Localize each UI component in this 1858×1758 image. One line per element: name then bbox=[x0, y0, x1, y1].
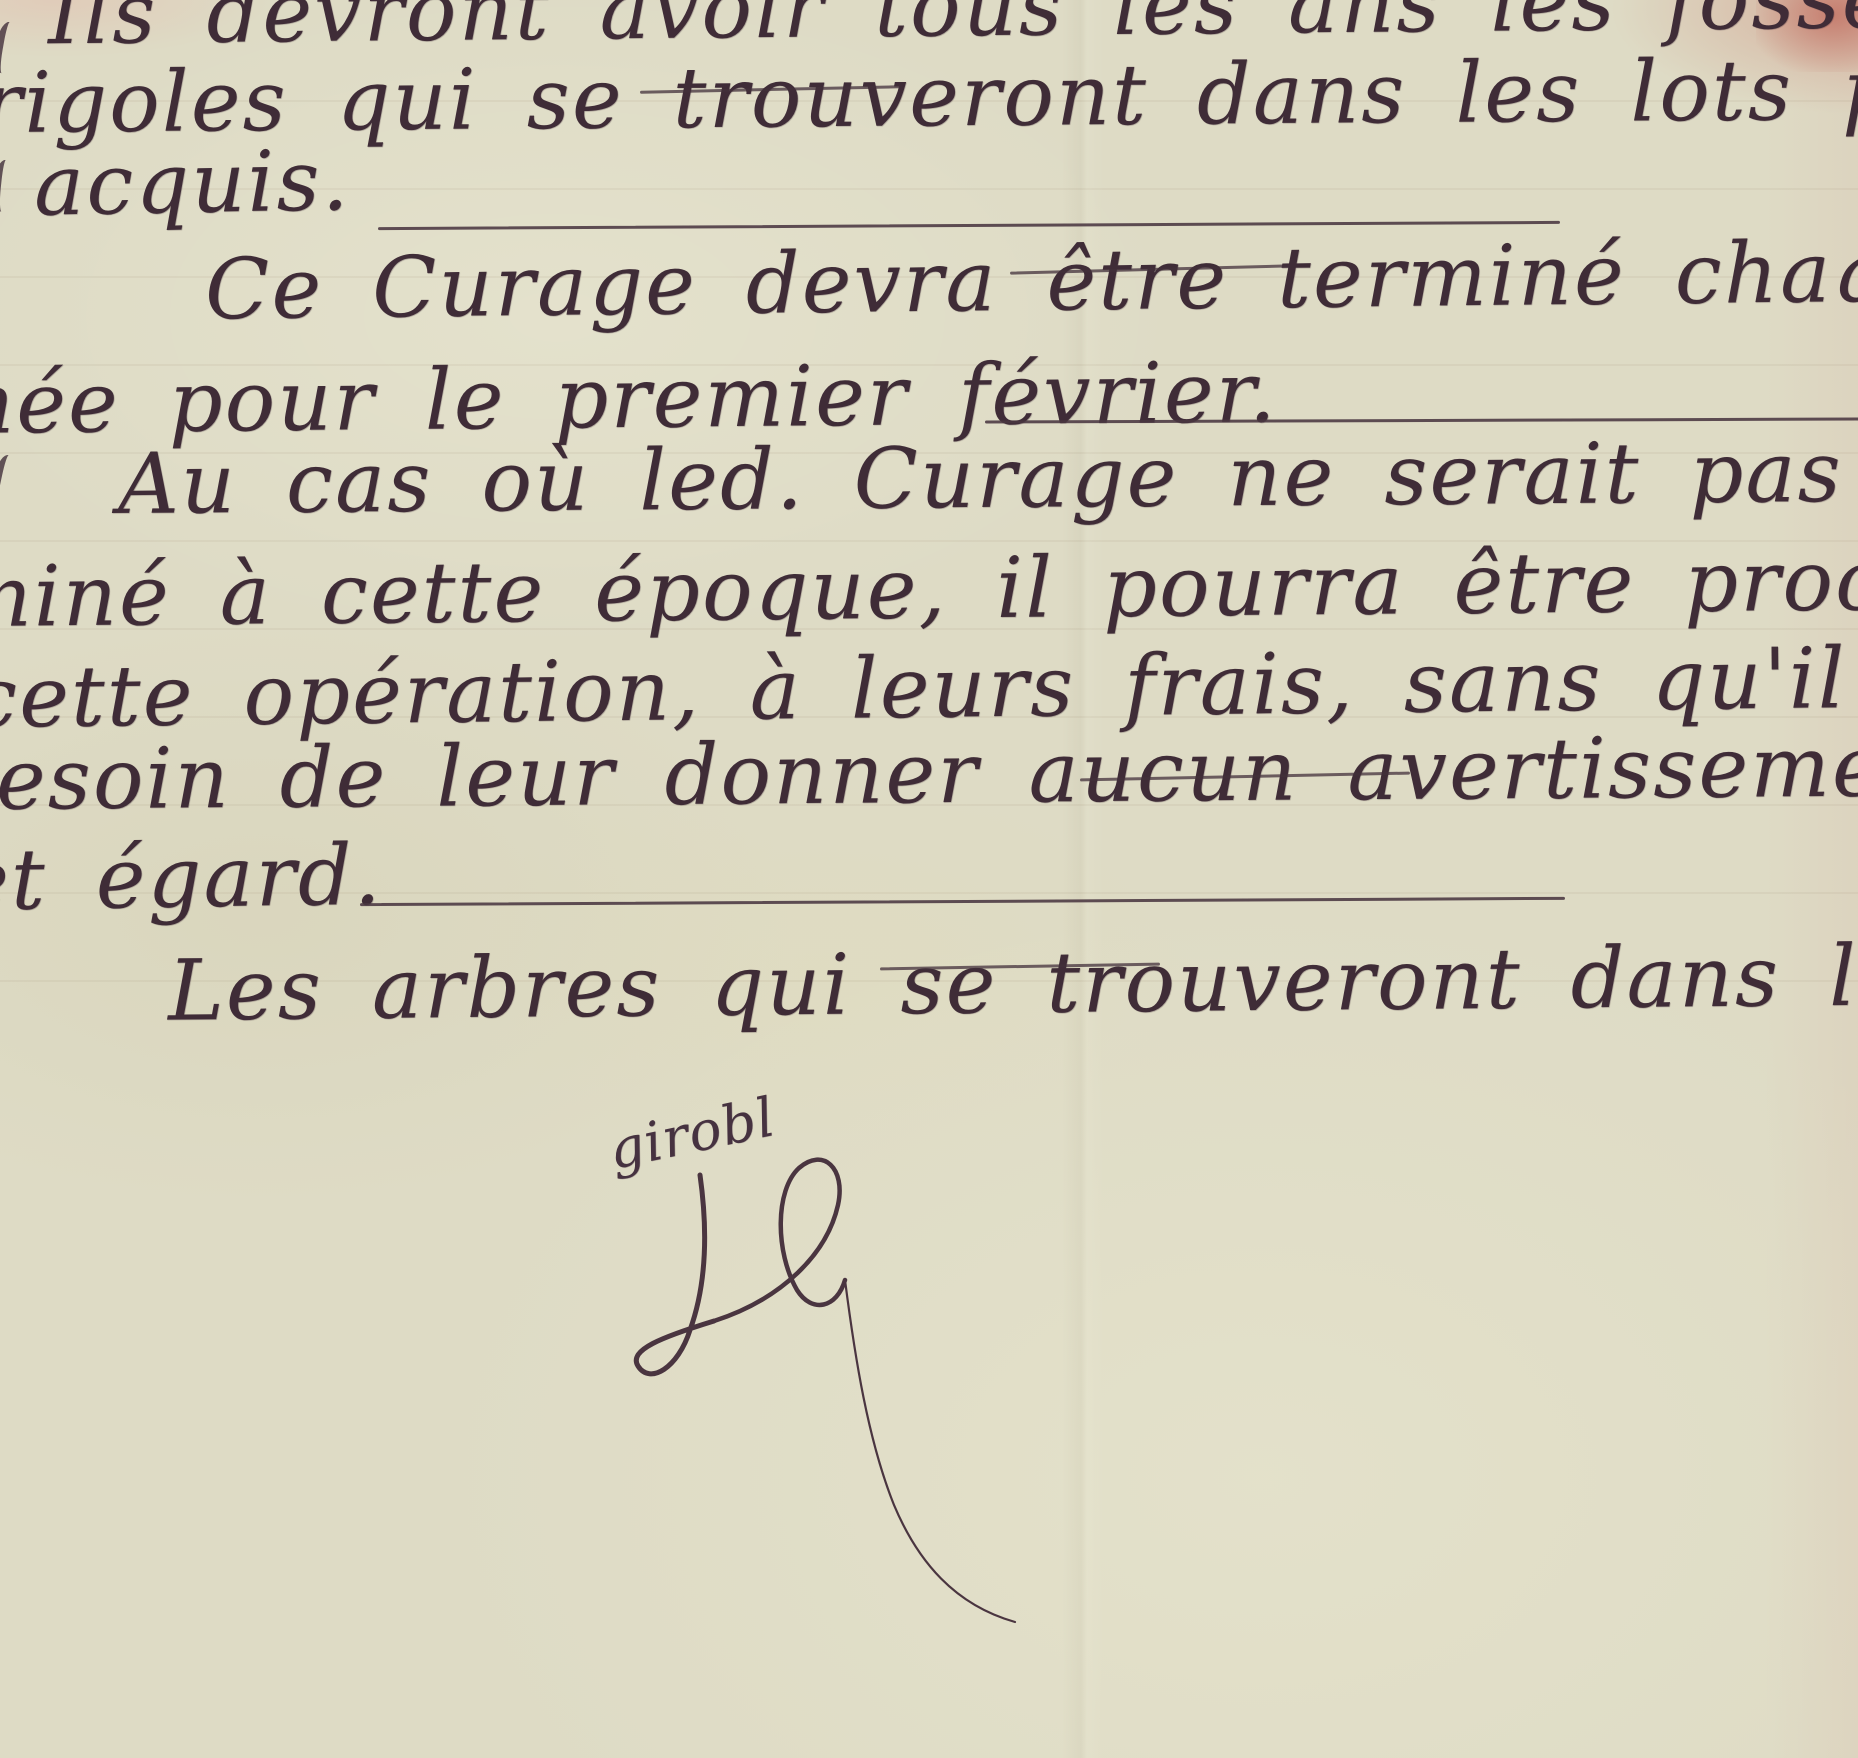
ink-fragment bbox=[0, 453, 22, 509]
manuscript-line: Au cas où led. Curage ne serait pas bbox=[118, 424, 1843, 533]
manuscript-line: Les arbres qui se trouveront dans la bbox=[168, 927, 1858, 1039]
manuscript-line: miné à cette époque, il pourra être proc… bbox=[0, 531, 1858, 646]
manuscript-line: Ce Curage devra être terminé chaque bbox=[205, 223, 1858, 338]
manuscript-line: acquis. bbox=[33, 132, 351, 234]
manuscript-line: cet égard. bbox=[0, 827, 383, 930]
manuscript-line: besoin de leur donner aucun avertissemen… bbox=[0, 718, 1858, 829]
manuscript-photo: Ils devront avoir tous les ans les fossé… bbox=[0, 0, 1858, 1758]
ink-rule bbox=[360, 897, 1565, 906]
ink-fragment bbox=[0, 159, 20, 213]
signature-text: girobl bbox=[603, 1085, 780, 1182]
